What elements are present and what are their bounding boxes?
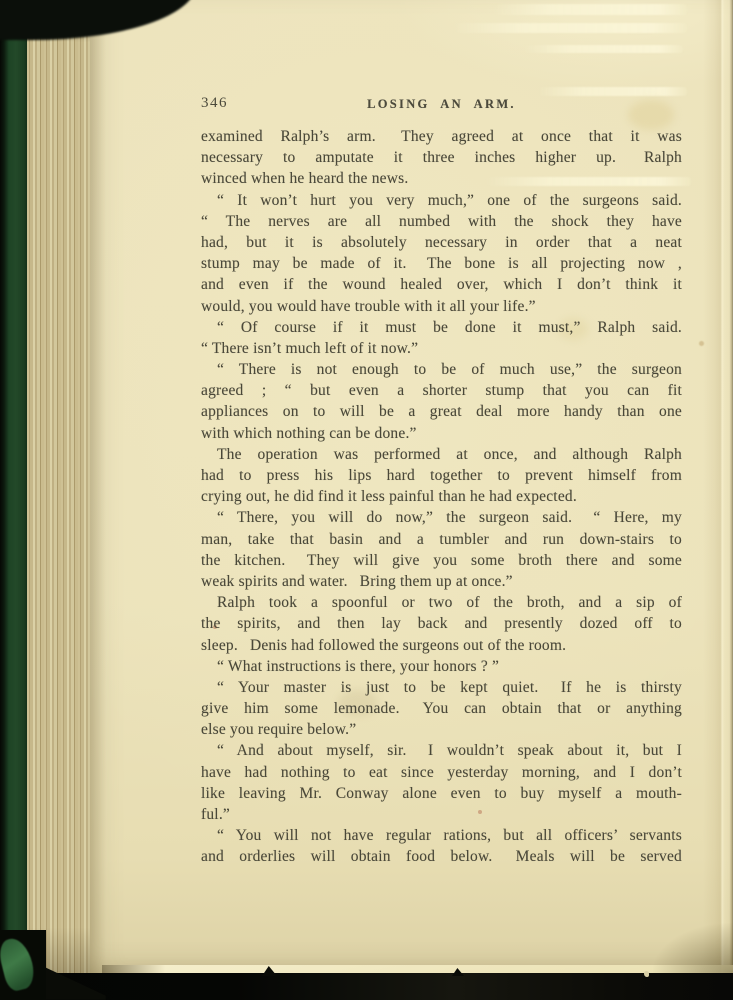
text-line: agreed ; “ but even a shorter stump that… [201,380,682,401]
paper-sheen [492,4,687,15]
text-line: “ There is not enough to be of much use,… [201,359,682,380]
paragraph: “ You will not have regular rations, but… [201,825,682,867]
running-header: LOSING AN ARM. [201,97,682,112]
text-line: “ There isn’t much left of it now.” [201,338,682,359]
paper-sheen [537,87,687,96]
text-line: “ What instructions is there, your honor… [201,656,682,677]
text-line: with which nothing can be done.” [201,423,682,444]
background-below-page [0,973,733,1000]
text-line: “ Of course if it must be done it must,”… [201,317,682,338]
text-line: and orderlies will obtain food below. Me… [201,846,682,867]
text-line: weak spirits and water. Bring them up at… [201,571,682,592]
text-line: man, take that basin and a tumbler and r… [201,529,682,550]
paragraph: Ralph took a spoonful or two of the brot… [201,592,682,656]
paragraph: “ What instructions is there, your honor… [201,656,682,677]
text-line: appliances on to will be a great deal mo… [201,401,682,422]
text-line: examined Ralph’s arm. They agreed at onc… [201,126,682,147]
foxing-speck [699,341,704,346]
text-line: had, but it is absolutely necessary in o… [201,232,682,253]
paper-sheen [523,45,683,53]
text-line: The operation was performed at once, and… [201,444,682,465]
page-right-edge [703,0,733,973]
text-line: “ The nerves are all numbed with the sho… [201,211,682,232]
paragraph: “ There is not enough to be of much use,… [201,359,682,444]
edge-speck [644,971,649,977]
text-line: stump may be made of it. The bone is all… [201,253,682,274]
book-cover-corner [0,930,46,1000]
paragraph: “ And about myself, sir. I wouldn’t spea… [201,740,682,825]
text-line: “ And about myself, sir. I wouldn’t spea… [201,740,682,761]
text-line: Ralph took a spoonful or two of the brot… [201,592,682,613]
paragraph: examined Ralph’s arm. They agreed at onc… [201,126,682,190]
text-line: necessary to amputate it three inches hi… [201,147,682,168]
book-cover-spine [0,0,28,1000]
page-text: examined Ralph’s arm. They agreed at onc… [201,126,682,868]
paragraph: “ Your master is just to be kept quiet. … [201,677,682,741]
text-line: give him some lemonade. You can obtain t… [201,698,682,719]
paper-sheen [452,23,687,33]
text-line: and even if the wound healed over, which… [201,274,682,295]
text-line: the spirits, and then lay back and prese… [201,613,682,634]
text-line: have had nothing to eat since yesterday … [201,762,682,783]
text-line: “ It won’t hurt you very much,” one of t… [201,190,682,211]
cover-highlight [0,935,38,993]
text-line: winced when he heard the news. [201,168,682,189]
book-page: 346 LOSING AN ARM. examined Ralph’s arm.… [88,0,733,973]
text-line: “ Your master is just to be kept quiet. … [201,677,682,698]
text-line: would, you would have trouble with it al… [201,296,682,317]
corner-shadow [653,923,733,973]
text-line: the kitchen. They will give you some bro… [201,550,682,571]
paragraph: The operation was performed at once, and… [201,444,682,508]
book-photo: 346 LOSING AN ARM. examined Ralph’s arm.… [0,0,733,1000]
paragraph: “ Of course if it must be done it must,”… [201,317,682,359]
paragraph: “ It won’t hurt you very much,” one of t… [201,190,682,317]
text-line: crying out, he did find it less painful … [201,486,682,507]
text-line: like leaving Mr. Conway alone even to bu… [201,783,682,804]
text-line: “ You will not have regular rations, but… [201,825,682,846]
page-fore-edge [27,13,90,986]
text-line: sleep. Denis had followed the surgeons o… [201,635,682,656]
text-line: else you require below.” [201,719,682,740]
text-line: “ There, you will do now,” the surgeon s… [201,507,682,528]
page-bottom-edge [102,965,733,973]
text-line: ful.” [201,804,682,825]
text-line: had to press his lips hard together to p… [201,465,682,486]
paragraph: “ There, you will do now,” the surgeon s… [201,507,682,592]
